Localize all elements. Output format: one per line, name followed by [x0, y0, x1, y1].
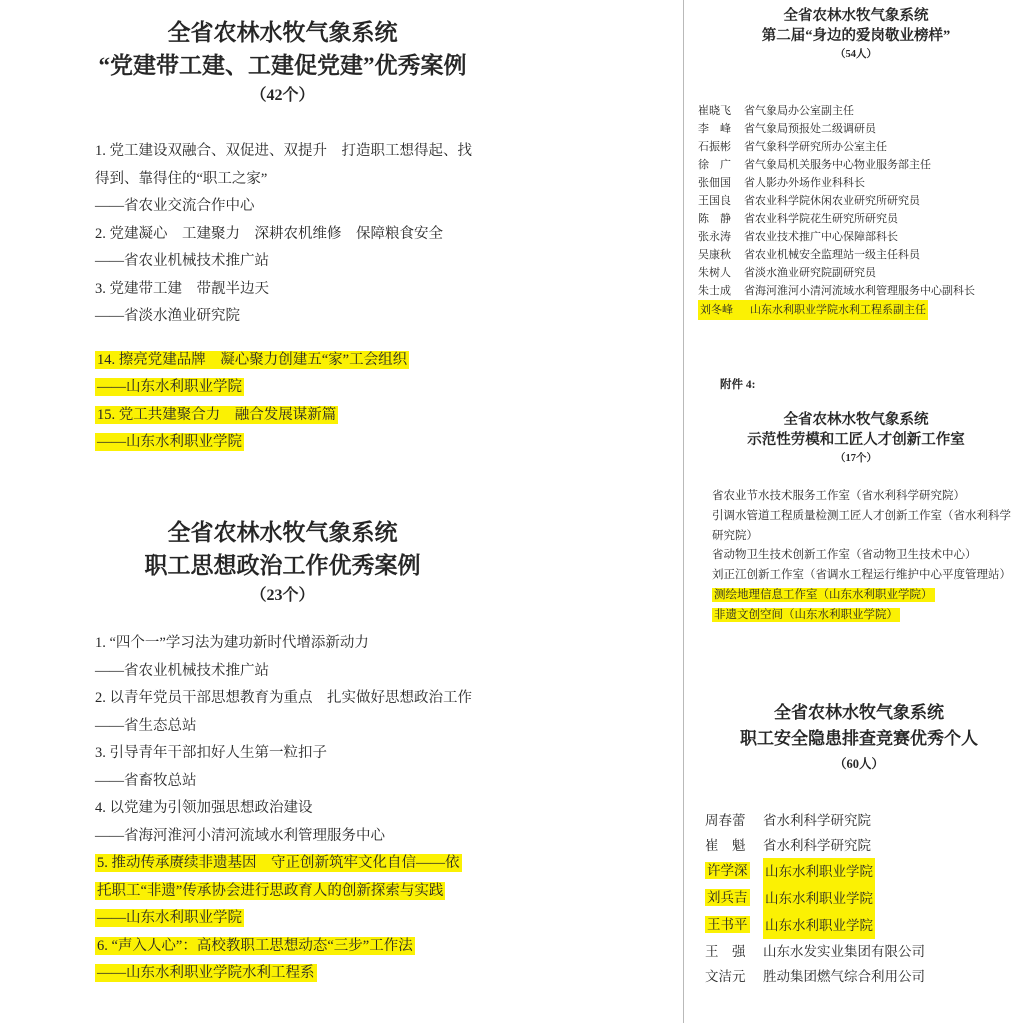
person-row: 徐 广省气象局机关服务中心物业服务部主任 — [698, 156, 1024, 174]
section-subtitle: 示范性劳模和工匠人才创新工作室 — [700, 430, 1012, 450]
org-line: ——省淡水渔业研究院 — [95, 303, 485, 331]
case-line: 2. 党建凝心 工建聚力 深耕农机维修 保障粮食安全 — [95, 221, 485, 249]
person-org: 山东水利职业学院 — [763, 885, 875, 912]
person-org: 省农业机械安全监理站一级主任科员 — [744, 246, 920, 264]
right-section2-list: 省农业节水技术服务工作室（省水利科学研究院） 引调水管道工程质量检测工匠人才创新… — [712, 487, 1024, 626]
person-org: 胜动集团燃气综合利用公司 — [763, 964, 925, 989]
case-line: 2. 以青年党员干部思想教育为重点 扎实做好思想政治工作 — [95, 685, 485, 713]
org-line: ——省海河淮河小清河流域水利管理服务中心 — [95, 823, 485, 851]
studio-line: 省农业节水技术服务工作室（省水利科学研究院） — [712, 487, 1024, 507]
person-org: 省水利科学研究院 — [763, 833, 871, 858]
person-org: 山东水利职业学院水利工程系副主任 — [748, 300, 928, 320]
org-line: ——省农业交流合作中心 — [95, 193, 485, 221]
case-text: 1. “四个一”学习法为建功新时代增添新动力 — [95, 635, 369, 651]
left-section2-header: 全省农林水牧气象系统 职工思想政治工作优秀案例 （23个） — [95, 516, 470, 608]
org-line: ——省农业机械技术推广站 — [95, 248, 485, 276]
org-line: ——省畜牧总站 — [95, 768, 485, 796]
person-org: 省水利科学研究院 — [763, 808, 871, 833]
studio-text: 刘正江创新工作室（省调水工程运行维护中心平度管理站） — [712, 569, 1011, 581]
person-row: 文洁元胜动集团燃气综合利用公司 — [705, 964, 1023, 989]
right-section3-header: 全省农林水牧气象系统 职工安全隐患排查竞赛优秀个人 （60人） — [700, 700, 1018, 774]
person-name-text: 许学深 — [705, 862, 750, 879]
person-name: 文洁元 — [705, 964, 763, 989]
person-name: 陈 静 — [698, 210, 744, 228]
studio-line-highlighted: 非遗文创空间（山东水利职业学院） — [712, 606, 1024, 626]
case-line: 1. 党工建设双融合、双促进、双提升 打造职工想得起、找 — [95, 138, 485, 166]
person-org: 山东水利职业学院 — [763, 912, 875, 939]
section-title: 全省农林水牧气象系统 — [700, 700, 1018, 726]
person-org: 山东水利职业学院 — [763, 858, 875, 885]
org-text: ——省生态总站 — [95, 718, 197, 734]
person-row: 朱树人省淡水渔业研究院副研究员 — [698, 264, 1024, 282]
case-text: 2. 党建凝心 工建聚力 深耕农机维修 保障粮食安全 — [95, 226, 443, 242]
person-org: 省人影办外场作业科科长 — [744, 174, 865, 192]
person-org: 省气象科学研究所办公室主任 — [744, 138, 887, 156]
case-line: 1. “四个一”学习法为建功新时代增添新动力 — [95, 630, 485, 658]
person-org: 省农业技术推广中心保障部科长 — [744, 228, 898, 246]
studio-text: 测绘地理信息工作室（山东水利职业学院） — [712, 588, 935, 602]
person-row: 石振彬省气象科学研究所办公室主任 — [698, 138, 1024, 156]
case-text: 1. 党工建设双融合、双促进、双提升 打造职工想得起、找 — [95, 143, 472, 159]
org-text: ——省农业机械技术推广站 — [95, 253, 269, 269]
person-name: 王国良 — [698, 192, 744, 210]
right-section1-people: 崔晓飞省气象局办公室副主任 李 峰省气象局预报处二级调研员 石振彬省气象科学研究… — [698, 102, 1024, 320]
person-name: 王书平 — [705, 912, 763, 939]
studio-line: 引调水管道工程质量检测工匠人才创新工作室（省水利科学 — [712, 507, 1024, 527]
person-name: 王 强 — [705, 939, 763, 964]
person-org: 省农业科学院花生研究所研究员 — [744, 210, 898, 228]
section-title: 全省农林水牧气象系统 — [700, 6, 1012, 26]
case-text: 3. 党建带工建 带靓半边天 — [95, 281, 269, 297]
person-row: 张佃国省人影办外场作业科科长 — [698, 174, 1024, 192]
person-org: 山东水发实业集团有限公司 — [763, 939, 925, 964]
page-divider — [683, 0, 684, 1023]
studio-line: 研究院） — [712, 527, 1024, 547]
count-label: （17个） — [700, 451, 1012, 466]
case-text: 托职工“非遗”传承协会进行思政育人的创新探索与实践 — [95, 882, 445, 900]
studio-text: 非遗文创空间（山东水利职业学院） — [712, 608, 900, 622]
person-name: 崔晓飞 — [698, 102, 744, 120]
org-line-highlighted: ——山东水利职业学院水利工程系 — [95, 960, 485, 988]
org-line: ——省生态总站 — [95, 713, 485, 741]
case-line: 得到、靠得住的“职工之家” — [95, 166, 485, 194]
org-line: ——省农业机械技术推广站 — [95, 658, 485, 686]
org-text: ——山东水利职业学院 — [95, 433, 244, 451]
left-section1-header: 全省农林水牧气象系统 “党建带工建、工建促党建”优秀案例 （42个） — [95, 16, 470, 108]
person-name-text: 王书平 — [705, 916, 750, 933]
case-text: 6. “声入人心”：高校教职工思想动态“三步”工作法 — [95, 937, 415, 955]
studio-text: 省农业节水技术服务工作室（省水利科学研究院） — [712, 490, 965, 502]
person-name: 张佃国 — [698, 174, 744, 192]
person-org: 省淡水渔业研究院副研究员 — [744, 264, 876, 282]
person-name: 刘冬峰 — [698, 300, 748, 320]
org-text: ——山东水利职业学院 — [95, 909, 244, 927]
case-text: 5. 推动传承赓续非遗基因 守正创新筑牢文化自信——依 — [95, 854, 462, 872]
case-line: 3. 引导青年干部扣好人生第一粒扣子 — [95, 740, 485, 768]
case-line: 4. 以党建为引领加强思想政治建设 — [95, 795, 485, 823]
count-label: （60人） — [700, 754, 1018, 774]
org-line-highlighted: ——山东水利职业学院 — [95, 429, 485, 457]
person-org: 省气象局预报处二级调研员 — [744, 120, 876, 138]
case-line-highlighted: 15. 党工共建聚合力 融合发展谋新篇 — [95, 402, 485, 430]
count-label: （23个） — [95, 584, 470, 608]
case-text: 得到、靠得住的“职工之家” — [95, 171, 267, 187]
person-name: 许学深 — [705, 858, 763, 885]
person-row: 王国良省农业科学院休闲农业研究所研究员 — [698, 192, 1024, 210]
org-line-highlighted: ——山东水利职业学院 — [95, 905, 485, 933]
case-text: 4. 以党建为引领加强思想政治建设 — [95, 800, 313, 816]
person-row: 吴康秋省农业机械安全监理站一级主任科员 — [698, 246, 1024, 264]
case-line-highlighted: 托职工“非遗”传承协会进行思政育人的创新探索与实践 — [95, 878, 485, 906]
person-name: 周春蕾 — [705, 808, 763, 833]
section-subtitle: 职工思想政治工作优秀案例 — [95, 549, 470, 582]
case-line: 3. 党建带工建 带靓半边天 — [95, 276, 485, 304]
person-row: 陈 静省农业科学院花生研究所研究员 — [698, 210, 1024, 228]
section-title: 全省农林水牧气象系统 — [95, 16, 470, 49]
studio-line-highlighted: 测绘地理信息工作室（山东水利职业学院） — [712, 586, 1024, 606]
person-name: 石振彬 — [698, 138, 744, 156]
person-org: 省农业科学院休闲农业研究所研究员 — [744, 192, 920, 210]
attachment-label: 附件 4: — [720, 376, 755, 392]
count-label: （54人） — [700, 47, 1012, 62]
right-section1-header: 全省农林水牧气象系统 第二届“身边的爱岗敬业榜样” （54人） — [700, 6, 1012, 62]
person-org: 省气象局机关服务中心物业服务部主任 — [744, 156, 931, 174]
org-text: ——省畜牧总站 — [95, 773, 197, 789]
org-text: ——山东水利职业学院水利工程系 — [95, 964, 317, 982]
person-row: 李 峰省气象局预报处二级调研员 — [698, 120, 1024, 138]
case-line-highlighted: 6. “声入人心”：高校教职工思想动态“三步”工作法 — [95, 933, 485, 961]
person-name: 张永涛 — [698, 228, 744, 246]
count-label: （42个） — [95, 84, 470, 108]
case-line-highlighted: 14. 擦亮党建品牌 凝心聚力创建五“家”工会组织 — [95, 347, 485, 375]
section-subtitle: 第二届“身边的爱岗敬业榜样” — [700, 26, 1012, 46]
studio-text: 研究院） — [712, 530, 758, 542]
case-line-highlighted: 5. 推动传承赓续非遗基因 守正创新筑牢文化自信——依 — [95, 850, 485, 878]
person-row: 王 强山东水发实业集团有限公司 — [705, 939, 1023, 964]
person-name: 朱士成 — [698, 282, 744, 300]
person-name: 朱树人 — [698, 264, 744, 282]
case-text: 15. 党工共建聚合力 融合发展谋新篇 — [95, 406, 338, 424]
person-name: 徐 广 — [698, 156, 744, 174]
studio-text: 引调水管道工程质量检测工匠人才创新工作室（省水利科学 — [712, 510, 1011, 522]
person-name-text: 刘兵吉 — [705, 889, 750, 906]
person-name: 崔 魁 — [705, 833, 763, 858]
right-section3-people: 周春蕾省水利科学研究院 崔 魁省水利科学研究院 许学深山东水利职业学院 刘兵吉山… — [705, 808, 1023, 989]
person-row: 崔 魁省水利科学研究院 — [705, 833, 1023, 858]
person-org: 省气象局办公室副主任 — [744, 102, 854, 120]
person-row: 张永涛省农业技术推广中心保障部科长 — [698, 228, 1024, 246]
person-name: 刘兵吉 — [705, 885, 763, 912]
section-subtitle: “党建带工建、工建促党建”优秀案例 — [95, 49, 470, 82]
person-row: 崔晓飞省气象局办公室副主任 — [698, 102, 1024, 120]
person-name: 吴康秋 — [698, 246, 744, 264]
studio-line: 刘正江创新工作室（省调水工程运行维护中心平度管理站） — [712, 566, 1024, 586]
org-text: ——山东水利职业学院 — [95, 378, 244, 396]
document-canvas: { "highlight_color": "#fbf103", "divider… — [0, 0, 1024, 1023]
section-subtitle: 职工安全隐患排查竞赛优秀个人 — [700, 726, 1018, 752]
studio-text: 省动物卫生技术创新工作室（省动物卫生技术中心） — [712, 549, 977, 561]
right-section2-header: 全省农林水牧气象系统 示范性劳模和工匠人才创新工作室 （17个） — [700, 410, 1012, 466]
person-row-highlighted: 许学深山东水利职业学院 — [705, 858, 1023, 885]
person-name: 李 峰 — [698, 120, 744, 138]
org-text: ——省海河淮河小清河流域水利管理服务中心 — [95, 828, 385, 844]
case-text: 3. 引导青年干部扣好人生第一粒扣子 — [95, 745, 327, 761]
section-title: 全省农林水牧气象系统 — [700, 410, 1012, 430]
org-text: ——省农业交流合作中心 — [95, 198, 255, 214]
case-text: 14. 擦亮党建品牌 凝心聚力创建五“家”工会组织 — [95, 351, 409, 369]
left-section2-list: 1. “四个一”学习法为建功新时代增添新动力 ——省农业机械技术推广站 2. 以… — [95, 630, 485, 988]
section-title: 全省农林水牧气象系统 — [95, 516, 470, 549]
person-row-highlighted: 刘兵吉山东水利职业学院 — [705, 885, 1023, 912]
left-section1-list: 1. 党工建设双融合、双促进、双提升 打造职工想得起、找 得到、靠得住的“职工之… — [95, 138, 485, 457]
person-org: 省海河淮河小清河流域水利管理服务中心副科长 — [744, 282, 975, 300]
person-row-highlighted: 刘冬峰山东水利职业学院水利工程系副主任 — [698, 300, 1024, 320]
studio-line: 省动物卫生技术创新工作室（省动物卫生技术中心） — [712, 546, 1024, 566]
person-row-highlighted: 王书平山东水利职业学院 — [705, 912, 1023, 939]
case-text: 2. 以青年党员干部思想教育为重点 扎实做好思想政治工作 — [95, 690, 472, 706]
org-text: ——省淡水渔业研究院 — [95, 308, 240, 324]
org-line-highlighted: ——山东水利职业学院 — [95, 374, 485, 402]
org-text: ——省农业机械技术推广站 — [95, 663, 269, 679]
person-row: 周春蕾省水利科学研究院 — [705, 808, 1023, 833]
person-row: 朱士成省海河淮河小清河流域水利管理服务中心副科长 — [698, 282, 1024, 300]
